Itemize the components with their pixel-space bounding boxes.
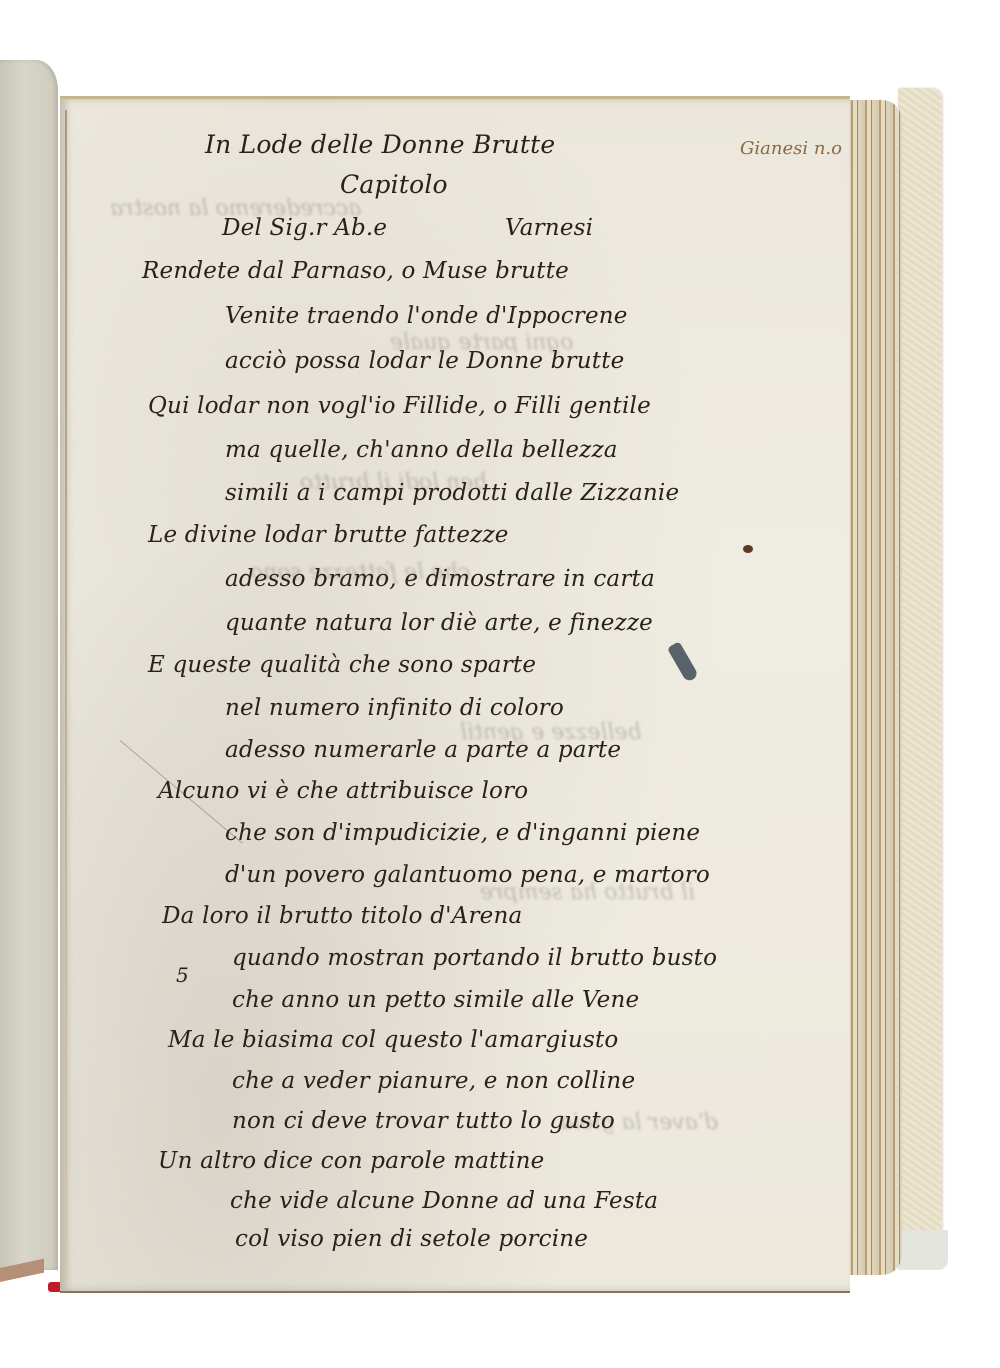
verse-line: che a veder pianure, e non colline xyxy=(232,1068,635,1094)
attribution: Del Sig.r Ab.e xyxy=(222,215,387,241)
verse-line: ma quelle, ch'anno della bellezza xyxy=(225,437,618,463)
marginal-note: Gianesi n.o xyxy=(740,138,842,159)
vellum-cover-corner xyxy=(898,1230,948,1270)
verse-line: Rendete dal Parnaso, o Muse brutte xyxy=(142,258,569,284)
gutter-fold xyxy=(65,110,67,1280)
verse-line: quante natura lor diè arte, e finezze xyxy=(225,610,653,636)
verse-line: Qui lodar non vogl'io Fillide, o Filli g… xyxy=(148,393,651,419)
verse-line: Da loro il brutto titolo d'Arena xyxy=(162,903,522,929)
verse-line: simili a i campi prodotti dalle Zizzanie xyxy=(225,480,679,506)
verse-line: che anno un petto simile alle Vene xyxy=(232,987,639,1013)
verse-line: nel numero infinito di coloro xyxy=(225,695,564,721)
verse-line: Un altro dice con parole mattine xyxy=(158,1148,544,1174)
verse-line: che son d'impudicizie, e d'inganni piene xyxy=(225,820,700,846)
page-title: In Lode delle Donne Brutte xyxy=(205,130,555,159)
verse-line: acciò possa lodar le Donne brutte xyxy=(225,348,624,374)
page-subtitle: Capitolo xyxy=(340,170,448,199)
verse-line: non ci deve trovar tutto lo gusto xyxy=(232,1108,615,1134)
facing-blank-leaf xyxy=(0,60,58,1270)
verse-line: d'un povero galantuomo pena, e martoro xyxy=(225,862,710,888)
verse-line: Alcuno vi è che attribuisce loro xyxy=(158,778,528,804)
verse-marker: 5 xyxy=(176,963,189,987)
verse-line: Le divine lodar brutte fattezze xyxy=(148,522,509,548)
vellum-cover xyxy=(898,88,942,1268)
verse-line: adesso numerarle a parte a parte xyxy=(225,737,621,763)
verse-line: Ma le biasima col questo l'amargiusto xyxy=(168,1027,618,1053)
attribution-name: Varnesi xyxy=(505,215,593,241)
verse-line: adesso bramo, e dimostrare in carta xyxy=(225,566,655,592)
verse-line: col viso pien di setole porcine xyxy=(235,1226,588,1252)
verse-line: E queste qualità che sono sparte xyxy=(148,652,536,678)
verse-line: Venite traendo l'onde d'Ippocrene xyxy=(225,303,628,329)
verse-line: che vide alcune Donne ad una Festa xyxy=(230,1188,658,1214)
verse-line: quando mostran portando il brutto busto xyxy=(232,945,717,971)
ink-spot xyxy=(743,545,753,553)
